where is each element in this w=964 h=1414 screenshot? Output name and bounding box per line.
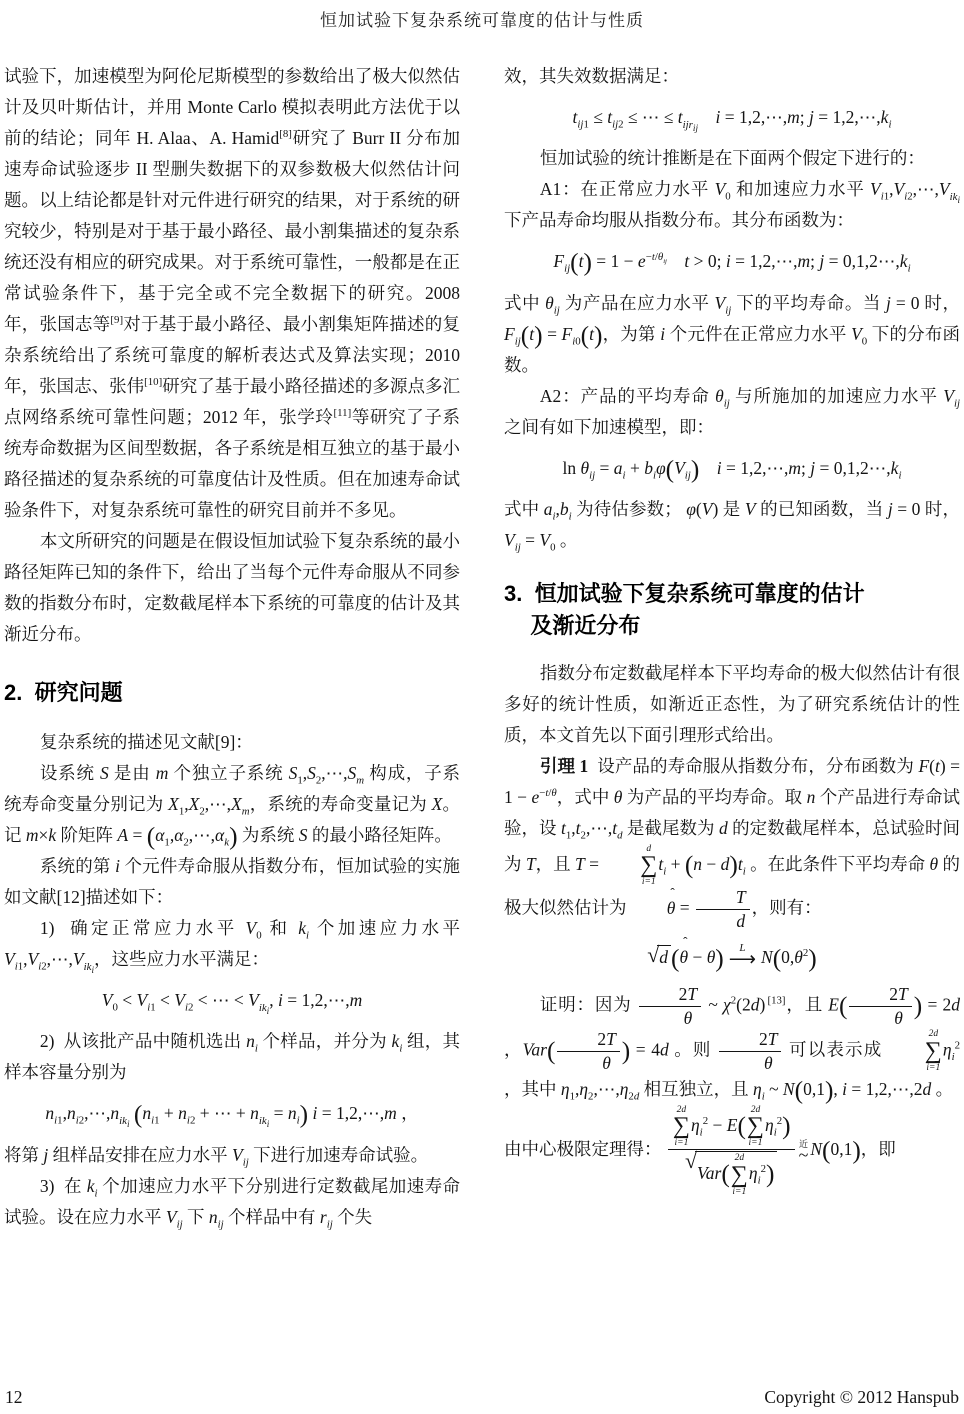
paragraph-thiswork: 本文所研究的问题是在假设恒加试验下复杂系统的最小路径矩阵已知的条件下，给出了当每… <box>4 526 460 650</box>
formula-stress-levels: V0 < Vi1 < Vi2 < ⋯ < Viki, i = 1,2,⋯,m <box>4 984 460 1017</box>
paragraph-parameters: 式中 ai,bi 为待估参数； φ(V) 是 V 的已知函数，当 j = 0 时… <box>504 494 960 556</box>
paragraph-mle-properties: 指数分布定数截尾样本下平均寿命的极大似然估计有很多好的统计性质，如渐近正态性，为… <box>504 658 960 751</box>
formula-failure-times: tij1 ≤ tij2 ≤ ⋯ ≤ tijrij i = 1,2,⋯,m; j … <box>504 101 960 134</box>
paragraph-mean-life: 式中 θij 为产品在应力水平 Vij 下的平均寿命。当 j = 0 时，Fij… <box>504 288 960 381</box>
paper-page: 恒加试验下复杂系统可靠度的估计与性质 试验下，加速模型为阿伦尼斯模型的参数给出了… <box>0 0 964 1414</box>
paragraph-step3: 3) 在 ki 个加速应力水平下分别进行定数截尾加速寿命试验。设在应力水平 Vi… <box>4 1171 460 1233</box>
running-title: 恒加试验下复杂系统可靠度的估计与性质 <box>0 0 964 31</box>
paragraph-intro: 试验下，加速模型为阿伦尼斯模型的参数给出了极大似然估计及贝叶斯估计，并用 Mon… <box>4 61 460 526</box>
paragraph-failure-data: 效，其失效数据满足： <box>504 61 960 92</box>
paragraph-assumption-a2: A2：产品的平均寿命 θij 与所施加的加速应力水平 Vij 之间有如下加速模型… <box>504 381 960 443</box>
page-number: 12 <box>5 1387 23 1408</box>
paragraph-component-exp: 系统的第 i 个元件寿命服从指数分布，恒加试验的实施如文献[12]描述如下： <box>4 851 460 913</box>
formula-asymptotic-normal: √d(θˆ − θ)L⟶N(0,θ2) <box>504 941 960 974</box>
left-column: 试验下，加速模型为阿伦尼斯模型的参数给出了极大似然估计及贝叶斯估计，并用 Mon… <box>4 61 460 1233</box>
paragraph-assumptions: 恒加试验的统计推断是在下面两个假定下进行的： <box>504 143 960 174</box>
formula-acceleration-model: ln θij = ai + biφ(Vij) i = 1,2,⋯,m; j = … <box>504 452 960 485</box>
paragraph-step2: 2) 从该批产品中随机选出 ni 个样品，并分为 ki 组，其样本容量分别为 <box>4 1026 460 1088</box>
paragraph-lemma1: 引理 1 设产品的寿命服从指数分布，分布函数为 F(t) = 1 − e−t/θ… <box>504 751 960 933</box>
paragraph-arrange-groups: 将第 j 组样品安排在应力水平 Vij 下进行加速寿命试验。 <box>4 1140 460 1171</box>
paragraph-central-limit: 由中心极限定理得： 2d∑i=1ηi2 − E(2d∑i=1ηi2)√Var(2… <box>504 1105 960 1197</box>
page-footer: 12 Copyright © 2012 Hanspub <box>5 1387 959 1408</box>
paragraph-proof: 证明：因为 2Tθ ~ χ2(2d) [13]，且 E(2Tθ) = 2d ，V… <box>504 984 960 1105</box>
paragraph-complex-system-ref: 复杂系统的描述见文献[9]： <box>4 727 460 758</box>
section3-heading: 3. 恒加试验下复杂系统可靠度的估计及渐近分布 <box>504 578 960 642</box>
formula-cdf: Fij(t) = 1 − e−t/θij t > 0; i = 1,2,⋯,m;… <box>504 245 960 278</box>
copyright-notice: Copyright © 2012 Hanspub <box>764 1387 959 1408</box>
paragraph-step1: 1) 确定正常应力水平 V0 和 ki 个加速应力水平 Vi1,Vi2,⋯,Vi… <box>4 913 460 975</box>
paragraph-system-definition: 设系统 S 是由 m 个独立子系统 S1,S2,⋯,Sm 构成，子系统寿命变量分… <box>4 758 460 851</box>
right-column: 效，其失效数据满足： tij1 ≤ tij2 ≤ ⋯ ≤ tijrij i = … <box>504 61 960 1233</box>
formula-sample-sizes: ni1,ni2,⋯,niki (ni1 + ni2 + ⋯ + niki = n… <box>4 1097 460 1130</box>
paragraph-assumption-a1: A1：在正常应力水平 V0 和加速应力水平 Vi1,Vi2,⋯,Viki 下产品… <box>504 174 960 236</box>
section2-heading: 2. 研究问题 <box>4 676 460 707</box>
two-column-layout: 试验下，加速模型为阿伦尼斯模型的参数给出了极大似然估计及贝叶斯估计，并用 Mon… <box>0 61 964 1233</box>
